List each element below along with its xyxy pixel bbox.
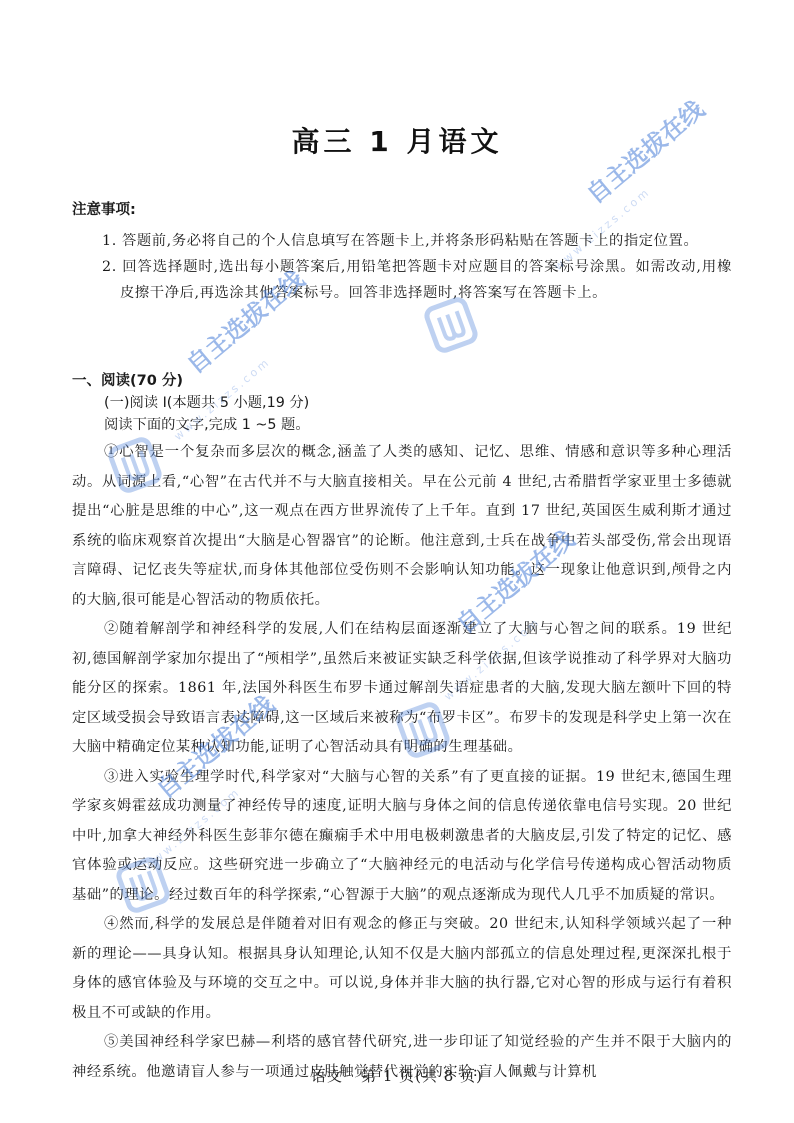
notice-item-2: 2. 回答选择题时,选出每小题答案后,用铅笔把答题卡对应题目的答案标号涂黑。如需… bbox=[72, 254, 732, 306]
paragraph-3: ③进入实验生理学时代,科学家对“大脑与心智的关系”有了更直接的证据。19 世纪末… bbox=[72, 763, 732, 911]
notice-item-1: 1. 答题前,务必将自己的个人信息填写在答题卡上,并将条形码粘贴在答题卡上的指定… bbox=[72, 228, 732, 254]
section-heading: 一、阅读(70 分) bbox=[72, 370, 732, 392]
passage: ①心智是一个复杂而多层次的概念,涵盖了人类的感知、记忆、思维、情感和意识等多种心… bbox=[72, 438, 732, 1087]
page-footer: 语文第 1 页(共 8 页) bbox=[0, 1065, 794, 1086]
footer-subject: 语文 bbox=[311, 1067, 343, 1085]
reading-section: 一、阅读(70 分) (一)阅读 I(本题共 5 小题,19 分) 阅读下面的文… bbox=[72, 370, 732, 1087]
sub-heading: (一)阅读 I(本题共 5 小题,19 分) bbox=[72, 392, 732, 414]
paragraph-2: ②随着解剖学和神经科学的发展,人们在结构层面逐渐建立了大脑与心智之间的联系。19… bbox=[72, 615, 732, 763]
watermark-logo-1 bbox=[428, 300, 474, 354]
instruction: 阅读下面的文字,完成 1 ~5 题。 bbox=[72, 414, 732, 436]
notice-section: 注意事项: 1. 答题前,务必将自己的个人信息填写在答题卡上,并将条形码粘贴在答… bbox=[72, 200, 732, 306]
footer-page-number: 第 1 页(共 8 页) bbox=[361, 1067, 483, 1085]
paragraph-1: ①心智是一个复杂而多层次的概念,涵盖了人类的感知、记忆、思维、情感和意识等多种心… bbox=[72, 438, 732, 615]
notice-heading: 注意事项: bbox=[72, 200, 732, 220]
paragraph-4: ④然而,科学的发展总是伴随着对旧有观念的修正与突破。20 世纪末,认知科学领域兴… bbox=[72, 910, 732, 1028]
page-title: 高三 1 月语文 bbox=[0, 120, 794, 160]
